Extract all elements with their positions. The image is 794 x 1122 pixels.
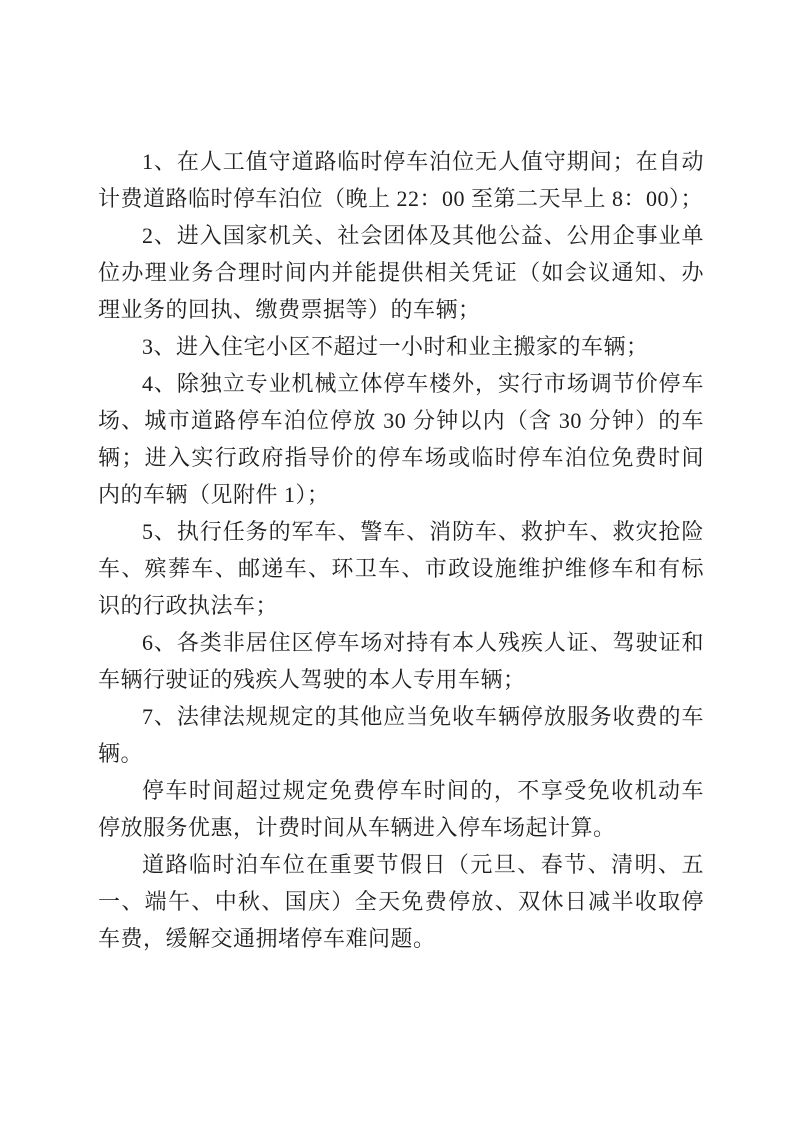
document-body: 1、在人工值守道路临时停车泊位无人值守期间；在自动计费道路临时停车泊位（晚上 2…: [98, 143, 704, 957]
paragraph-item-6: 6、各类非居住区停车场对持有本人残疾人证、驾驶证和车辆行驶证的残疾人驾驶的本人专…: [98, 624, 704, 698]
paragraph-item-5: 5、执行任务的军车、警车、消防车、救护车、救灾抢险车、殡葬车、邮递车、环卫车、市…: [98, 513, 704, 624]
document-page: 1、在人工值守道路临时停车泊位无人值守期间；在自动计费道路临时停车泊位（晚上 2…: [0, 0, 794, 1122]
paragraph-item-7: 7、法律法规规定的其他应当免收车辆停放服务收费的车辆。: [98, 698, 704, 772]
paragraph-item-1: 1、在人工值守道路临时停车泊位无人值守期间；在自动计费道路临时停车泊位（晚上 2…: [98, 143, 704, 217]
paragraph-item-2: 2、进入国家机关、社会团体及其他公益、公用企事业单位办理业务合理时间内并能提供相…: [98, 217, 704, 328]
paragraph-closing-note: 停车时间超过规定免费停车时间的，不享受免收机动车停放服务优惠，计费时间从车辆进入…: [98, 772, 704, 846]
paragraph-item-4: 4、除独立专业机械立体停车楼外，实行市场调节价停车场、城市道路停车泊位停放 30…: [98, 365, 704, 513]
paragraph-item-3: 3、进入住宅小区不超过一小时和业主搬家的车辆；: [98, 328, 704, 365]
paragraph-holiday-policy: 道路临时泊车位在重要节假日（元旦、春节、清明、五一、端午、中秋、国庆）全天免费停…: [98, 846, 704, 957]
